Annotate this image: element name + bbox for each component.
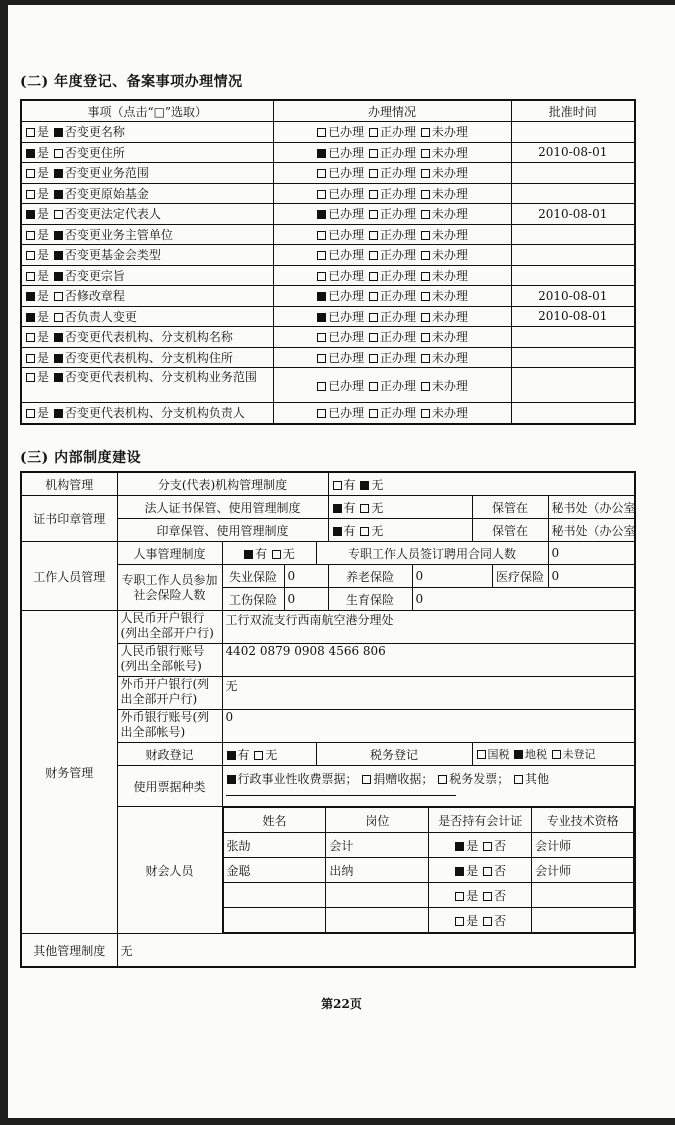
date-cell [511, 224, 635, 245]
contract-label: 专职工作人员签订聘用合同人数 [316, 542, 548, 565]
cert-choice: 有 无 [328, 496, 472, 519]
status-checkbox[interactable] [421, 210, 430, 219]
injury-value: 0 [284, 588, 328, 611]
status-checkbox[interactable] [369, 333, 378, 342]
acc-cert: 是 否 [429, 858, 532, 883]
table-header-row: 事项（点击“□”选取） 办理情况 批准时间 [21, 100, 635, 122]
header-date: 批准时间 [511, 100, 635, 122]
acc-name [223, 883, 326, 908]
yes-checkbox[interactable] [26, 313, 35, 322]
cert-yes-checkbox[interactable] [455, 917, 464, 926]
no-checkbox[interactable] [54, 354, 63, 363]
status-cell: 已办理 正办理 未办理 [273, 142, 511, 163]
status-checkbox[interactable] [317, 354, 326, 363]
status-checkbox[interactable] [317, 190, 326, 199]
no-checkbox[interactable] [54, 272, 63, 281]
cert-label: 证书印章管理 [21, 496, 117, 542]
item-cell: 是 否变更业务主管单位 [21, 224, 273, 245]
no-checkbox[interactable] [54, 210, 63, 219]
status-checkbox[interactable] [317, 149, 326, 158]
cert-no-checkbox[interactable] [483, 917, 492, 926]
no-checkbox[interactable] [54, 231, 63, 240]
yes-checkbox[interactable] [26, 231, 35, 240]
kept-value: 秘书处（办公室） [548, 496, 635, 519]
none-checkbox[interactable] [272, 550, 281, 559]
item-cell: 是 否变更原始基金 [21, 183, 273, 204]
has-checkbox[interactable] [333, 481, 342, 490]
status-checkbox[interactable] [317, 409, 326, 418]
no-checkbox[interactable] [54, 251, 63, 260]
hr-label: 人事管理制度 [117, 542, 222, 565]
acc-header-qual: 专业技术资格 [532, 808, 634, 833]
status-cell: 已办理 正办理 未办理 [273, 265, 511, 286]
yes-checkbox[interactable] [26, 210, 35, 219]
accountant-row: 是 否 [223, 908, 634, 933]
yes-checkbox[interactable] [26, 251, 35, 260]
section3-title: (三) 内部制度建设 [20, 447, 141, 467]
status-checkbox[interactable] [317, 231, 326, 240]
date-cell [511, 327, 635, 348]
item-cell: 是 否变更代表机构、分支机构住所 [21, 347, 273, 368]
acc-qual: 会计师 [532, 858, 634, 883]
acc-post: 出纳 [326, 858, 429, 883]
hr-choice: 有 无 [222, 542, 316, 565]
other-row: 其他管理制度 无 [21, 934, 635, 968]
acc-name: 金聪 [223, 858, 326, 883]
status-checkbox[interactable] [421, 272, 430, 281]
finance-label: 财务管理 [21, 611, 117, 934]
cert-no-checkbox[interactable] [483, 892, 492, 901]
status-cell: 已办理 正办理 未办理 [273, 306, 511, 327]
status-checkbox[interactable] [369, 251, 378, 260]
status-checkbox[interactable] [369, 169, 378, 178]
yes-checkbox[interactable] [26, 272, 35, 281]
cert-yes-checkbox[interactable] [455, 842, 464, 851]
status-checkbox[interactable] [369, 190, 378, 199]
date-cell [511, 163, 635, 184]
table-row: 是 否修改章程已办理 正办理 未办理 2010-08-01 [21, 286, 635, 307]
table-row: 是 否变更代表机构、分支机构住所已办理 正办理 未办理 [21, 347, 635, 368]
date-cell [511, 245, 635, 266]
no-checkbox[interactable] [54, 292, 63, 301]
has-checkbox[interactable] [333, 527, 342, 536]
status-checkbox[interactable] [369, 292, 378, 301]
maternity-value: 0 [412, 588, 635, 611]
no-checkbox[interactable] [54, 409, 63, 418]
fx-account-value: 0 [222, 710, 635, 743]
date-cell [511, 368, 635, 403]
table-row: 是 否变更代表机构、分支机构负责人已办理 正办理 未办理 [21, 403, 635, 424]
cert-no-checkbox[interactable] [483, 842, 492, 851]
cert-choice: 有 无 [328, 519, 472, 542]
status-checkbox[interactable] [421, 128, 430, 137]
yes-checkbox[interactable] [26, 169, 35, 178]
receipt-checkbox[interactable] [362, 775, 371, 784]
status-checkbox[interactable] [421, 354, 430, 363]
acc-qual [532, 883, 634, 908]
table-row: 是 否变更住所已办理 正办理 未办理 2010-08-01 [21, 142, 635, 163]
status-checkbox[interactable] [421, 313, 430, 322]
has-checkbox[interactable] [227, 751, 236, 760]
status-checkbox[interactable] [317, 169, 326, 178]
status-cell: 已办理 正办理 未办理 [273, 122, 511, 143]
status-checkbox[interactable] [421, 382, 430, 391]
accountants-cell: 姓名 岗位 是否持有会计证 专业技术资格 张劼会计是 否会计师金聪出纳是 否会计… [222, 807, 635, 934]
tax-choice: 国税 地税 未登记 [472, 743, 635, 766]
status-cell: 已办理 正办理 未办理 [273, 286, 511, 307]
item-cell: 是 否变更代表机构、分支机构名称 [21, 327, 273, 348]
status-checkbox[interactable] [369, 149, 378, 158]
pension-label: 养老保险 [328, 565, 412, 588]
item-cell: 是 否变更宗旨 [21, 265, 273, 286]
status-cell: 已办理 正办理 未办理 [273, 224, 511, 245]
has-checkbox[interactable] [244, 550, 253, 559]
medical-label: 医疗保险 [492, 565, 548, 588]
receipt-checkbox[interactable] [438, 775, 447, 784]
acc-name: 张劼 [223, 833, 326, 858]
tax-label: 税务登记 [316, 743, 472, 766]
none-checkbox[interactable] [254, 751, 263, 760]
contract-value: 0 [548, 542, 635, 565]
status-checkbox[interactable] [421, 190, 430, 199]
none-checkbox[interactable] [360, 504, 369, 513]
status-checkbox[interactable] [317, 272, 326, 281]
status-cell: 已办理 正办理 未办理 [273, 403, 511, 424]
status-checkbox[interactable] [369, 210, 378, 219]
header-status: 办理情况 [273, 100, 511, 122]
yes-checkbox[interactable] [26, 409, 35, 418]
date-cell [511, 122, 635, 143]
status-checkbox[interactable] [369, 272, 378, 281]
status-cell: 已办理 正办理 未办理 [273, 245, 511, 266]
table-row: 是 否变更业务范围已办理 正办理 未办理 [21, 163, 635, 184]
cert-no-checkbox[interactable] [483, 867, 492, 876]
status-checkbox[interactable] [421, 169, 430, 178]
fiscal-choice: 有 无 [222, 743, 316, 766]
unemployment-value: 0 [284, 565, 328, 588]
none-checkbox[interactable] [360, 481, 369, 490]
status-checkbox[interactable] [421, 292, 430, 301]
accountant-row: 是 否 [223, 883, 634, 908]
tax-checkbox[interactable] [477, 750, 486, 759]
date-cell [511, 347, 635, 368]
kept-label: 保管在 [472, 496, 548, 519]
receipt-checkbox[interactable] [227, 775, 236, 784]
rmb-account-value: 4402 0879 0908 4566 806 [222, 644, 635, 677]
table-row: 是 否负责人变更已办理 正办理 未办理 2010-08-01 [21, 306, 635, 327]
status-cell: 已办理 正办理 未办理 [273, 347, 511, 368]
tax-checkbox[interactable] [514, 750, 523, 759]
kept-value: 秘书处（办公室） [548, 519, 635, 542]
item-cell: 是 否变更业务范围 [21, 163, 273, 184]
acc-cert: 是 否 [429, 883, 532, 908]
org-row: 机构管理 分支(代表)机构管理制度 有 无 [21, 472, 635, 496]
acc-cert: 是 否 [429, 833, 532, 858]
table-row: 是 否变更业务主管单位已办理 正办理 未办理 [21, 224, 635, 245]
item-cell: 是 否修改章程 [21, 286, 273, 307]
no-checkbox[interactable] [54, 128, 63, 137]
item-cell: 是 否变更代表机构、分支机构负责人 [21, 403, 273, 424]
acc-post [326, 883, 429, 908]
status-checkbox[interactable] [317, 313, 326, 322]
receipt-checkbox[interactable] [514, 775, 523, 784]
rmb-bank-value: 工行双流支行西南航空港分理处 [222, 611, 635, 644]
item-cell: 是 否变更名称 [21, 122, 273, 143]
acc-name [223, 908, 326, 933]
no-checkbox[interactable] [54, 149, 63, 158]
item-cell: 是 否变更住所 [21, 142, 273, 163]
status-checkbox[interactable] [421, 149, 430, 158]
acc-header-cert: 是否持有会计证 [429, 808, 532, 833]
table-row: 是 否变更基金会类型已办理 正办理 未办理 [21, 245, 635, 266]
status-cell: 已办理 正办理 未办理 [273, 163, 511, 184]
accountants-label: 财会人员 [117, 807, 222, 934]
header-item: 事项（点击“□”选取） [21, 100, 273, 122]
annual-registration-table: 事项（点击“□”选取） 办理情况 批准时间 是 否变更名称已办理 正办理 未办理… [20, 99, 636, 425]
injury-label: 工伤保险 [222, 588, 284, 611]
acc-header-post: 岗位 [326, 808, 429, 833]
accountant-row: 张劼会计是 否会计师 [223, 833, 634, 858]
yes-checkbox[interactable] [26, 373, 35, 382]
other-label: 其他管理制度 [21, 934, 117, 968]
status-checkbox[interactable] [317, 333, 326, 342]
staff-label: 工作人员管理 [21, 542, 117, 611]
date-cell [511, 183, 635, 204]
fiscal-label: 财政登记 [117, 743, 222, 766]
fx-bank-value: 无 [222, 677, 635, 710]
other-value: 无 [117, 934, 635, 968]
staff-row-1: 工作人员管理 人事管理制度 有 无 专职工作人员签订聘用合同人数 0 [21, 542, 635, 565]
status-checkbox[interactable] [317, 210, 326, 219]
underline [226, 795, 456, 796]
date-cell: 2010-08-01 [511, 204, 635, 225]
cert-yes-checkbox[interactable] [455, 892, 464, 901]
fx-account-label: 外币银行账号(列出全部帐号) [117, 710, 222, 743]
medical-value: 0 [548, 565, 635, 588]
rmb-account-label: 人民币银行账号(列出全部帐号) [117, 644, 222, 677]
internal-system-table: 机构管理 分支(代表)机构管理制度 有 无 证书印章管理 法人证书保管、使用管理… [20, 471, 636, 968]
page-number: 第22页 [8, 995, 675, 1012]
tax-checkbox[interactable] [552, 750, 561, 759]
acc-post: 会计 [326, 833, 429, 858]
no-checkbox[interactable] [54, 190, 63, 199]
acc-cert: 是 否 [429, 908, 532, 933]
pension-value: 0 [412, 565, 492, 588]
has-checkbox[interactable] [333, 504, 342, 513]
cert-item: 印章保管、使用管理制度 [117, 519, 328, 542]
acc-qual: 会计师 [532, 833, 634, 858]
kept-label: 保管在 [472, 519, 548, 542]
insurance-label: 专职工作人员参加社会保险人数 [117, 565, 222, 611]
accountant-row: 金聪出纳是 否会计师 [223, 858, 634, 883]
no-checkbox[interactable] [54, 313, 63, 322]
status-cell: 已办理 正办理 未办理 [273, 183, 511, 204]
date-cell: 2010-08-01 [511, 142, 635, 163]
status-checkbox[interactable] [369, 231, 378, 240]
date-cell [511, 403, 635, 424]
table-row: 是 否变更名称已办理 正办理 未办理 [21, 122, 635, 143]
table-row: 是 否变更原始基金已办理 正办理 未办理 [21, 183, 635, 204]
receipt-label: 使用票据种类 [117, 766, 222, 807]
status-cell: 已办理 正办理 未办理 [273, 327, 511, 348]
acc-qual [532, 908, 634, 933]
status-checkbox[interactable] [317, 251, 326, 260]
document-page: (二) 年度登记、备案事项办理情况 事项（点击“□”选取） 办理情况 批准时间 … [8, 5, 675, 1118]
yes-checkbox[interactable] [26, 128, 35, 137]
cert-item: 法人证书保管、使用管理制度 [117, 496, 328, 519]
receipt-choice: 行政事业性收费票据； 捐赠收据； 税务发票； 其他 [222, 766, 635, 807]
status-checkbox[interactable] [369, 409, 378, 418]
none-checkbox[interactable] [360, 527, 369, 536]
status-checkbox[interactable] [317, 382, 326, 391]
status-checkbox[interactable] [369, 313, 378, 322]
org-item: 分支(代表)机构管理制度 [117, 472, 328, 496]
rmb-bank-label: 人民币开户银行(列出全部开户行) [117, 611, 222, 644]
date-cell: 2010-08-01 [511, 286, 635, 307]
fx-bank-label: 外币开户银行(列出全部开户行) [117, 677, 222, 710]
status-checkbox[interactable] [421, 251, 430, 260]
yes-checkbox[interactable] [26, 292, 35, 301]
no-checkbox[interactable] [54, 373, 63, 382]
date-cell [511, 265, 635, 286]
status-checkbox[interactable] [369, 354, 378, 363]
item-cell: 是 否变更基金会类型 [21, 245, 273, 266]
status-checkbox[interactable] [421, 333, 430, 342]
maternity-label: 生育保险 [328, 588, 412, 611]
cert-yes-checkbox[interactable] [455, 867, 464, 876]
yes-checkbox[interactable] [26, 333, 35, 342]
unemployment-label: 失业保险 [222, 565, 284, 588]
status-checkbox[interactable] [421, 231, 430, 240]
status-checkbox[interactable] [317, 128, 326, 137]
finance-row-rmb-bank: 财务管理 人民币开户银行(列出全部开户行) 工行双流支行西南航空港分理处 [21, 611, 635, 644]
yes-checkbox[interactable] [26, 190, 35, 199]
acc-post [326, 908, 429, 933]
status-checkbox[interactable] [421, 409, 430, 418]
org-label: 机构管理 [21, 472, 117, 496]
date-cell: 2010-08-01 [511, 306, 635, 327]
table-row: 是 否变更法定代表人已办理 正办理 未办理 2010-08-01 [21, 204, 635, 225]
item-cell: 是 否负责人变更 [21, 306, 273, 327]
yes-checkbox[interactable] [26, 354, 35, 363]
section2-title: (二) 年度登记、备案事项办理情况 [20, 71, 243, 91]
no-checkbox[interactable] [54, 169, 63, 178]
item-cell: 是 否变更代表机构、分支机构业务范围 [21, 368, 273, 403]
status-checkbox[interactable] [369, 382, 378, 391]
yes-checkbox[interactable] [26, 149, 35, 158]
table-row: 是 否变更代表机构、分支机构名称已办理 正办理 未办理 [21, 327, 635, 348]
status-cell: 已办理 正办理 未办理 [273, 204, 511, 225]
status-cell: 已办理 正办理 未办理 [273, 368, 511, 403]
accountants-table: 姓名 岗位 是否持有会计证 专业技术资格 张劼会计是 否会计师金聪出纳是 否会计… [223, 807, 635, 933]
status-checkbox[interactable] [317, 292, 326, 301]
table-row: 是 否变更代表机构、分支机构业务范围已办理 正办理 未办理 [21, 368, 635, 403]
acc-header-name: 姓名 [223, 808, 326, 833]
status-checkbox[interactable] [369, 128, 378, 137]
item-cell: 是 否变更法定代表人 [21, 204, 273, 225]
table-row: 是 否变更宗旨已办理 正办理 未办理 [21, 265, 635, 286]
org-choice: 有 无 [328, 472, 635, 496]
no-checkbox[interactable] [54, 333, 63, 342]
cert-row-1: 证书印章管理 法人证书保管、使用管理制度 有 无 保管在 秘书处（办公室） [21, 496, 635, 519]
